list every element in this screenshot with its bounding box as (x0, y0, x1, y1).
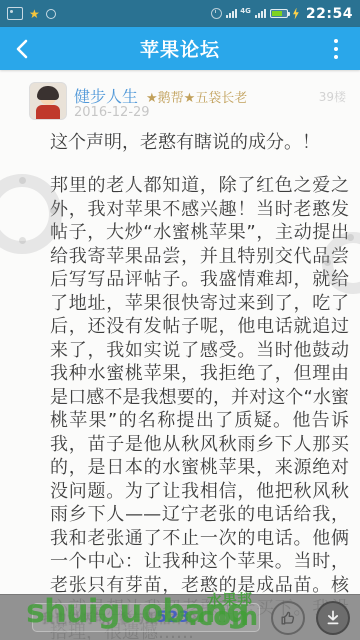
comment-placeholder: 我也说两句，参与跟帖评论 (41, 608, 197, 627)
menu-dot (334, 39, 338, 43)
app-header: 苹果论坛 (0, 27, 360, 70)
status-bar: ★ 4G 22:54 (0, 0, 360, 27)
signal-strength-icon-2 (255, 9, 266, 18)
chevron-left-icon (16, 39, 28, 59)
menu-dot (334, 47, 338, 51)
avatar-hair (37, 86, 59, 100)
menu-dot (334, 55, 338, 59)
post-date: 2016-12-29 (74, 105, 150, 120)
post-body-text: 邦里的老人都知道，除了红色之爱之外，我对苹果不感兴趣！当时老憨发帖子，大炒“水蜜… (50, 174, 349, 640)
phone-screen: ★ 4G 22:54 苹果论坛 健步人生 (0, 0, 360, 640)
status-bar-right: 4G 22:54 (211, 6, 353, 22)
page-title: 苹果论坛 (0, 35, 360, 62)
status-bar-left: ★ (7, 7, 56, 20)
comment-input[interactable]: 我也说两句，参与跟帖评论 (32, 603, 260, 632)
battery-icon (270, 9, 288, 18)
picture-notification-icon (7, 7, 23, 20)
floor-number: 39楼 (319, 88, 346, 105)
comment-bar: 我也说两句，参与跟帖评论 (0, 594, 360, 640)
avatar[interactable] (29, 82, 67, 120)
post-body-main: 邦里的老人都知道，除了红色之爱之外，我对苹果不感兴趣！当时老憨发帖子，大炒“水蜜… (50, 175, 349, 619)
author-name[interactable]: 健步人生 (74, 84, 138, 107)
download-button[interactable] (316, 601, 350, 635)
star-notification-icon: ★ (29, 8, 40, 20)
user-rank-badge: ★鹅帮★五袋长老 (146, 87, 247, 106)
alarm-icon (211, 8, 222, 19)
post-content-area: 健步人生 ★鹅帮★五袋长老 2016-12-29 39楼 这个声明，老憨有瞎说的… (0, 70, 360, 640)
charging-bolt-icon (292, 8, 300, 20)
thumbs-up-icon (278, 608, 298, 628)
status-bar-clock: 22:54 (306, 6, 353, 22)
like-button[interactable] (271, 601, 305, 635)
network-type-label: 4G (240, 7, 251, 15)
signal-strength-icon (226, 9, 237, 18)
record-notification-icon (46, 9, 56, 19)
post-statement: 这个声明，老憨有瞎说的成分。！ (50, 131, 350, 155)
avatar-shirt (36, 105, 60, 119)
back-button[interactable] (0, 27, 44, 70)
overflow-menu-button[interactable] (316, 27, 356, 70)
download-icon (323, 608, 343, 628)
